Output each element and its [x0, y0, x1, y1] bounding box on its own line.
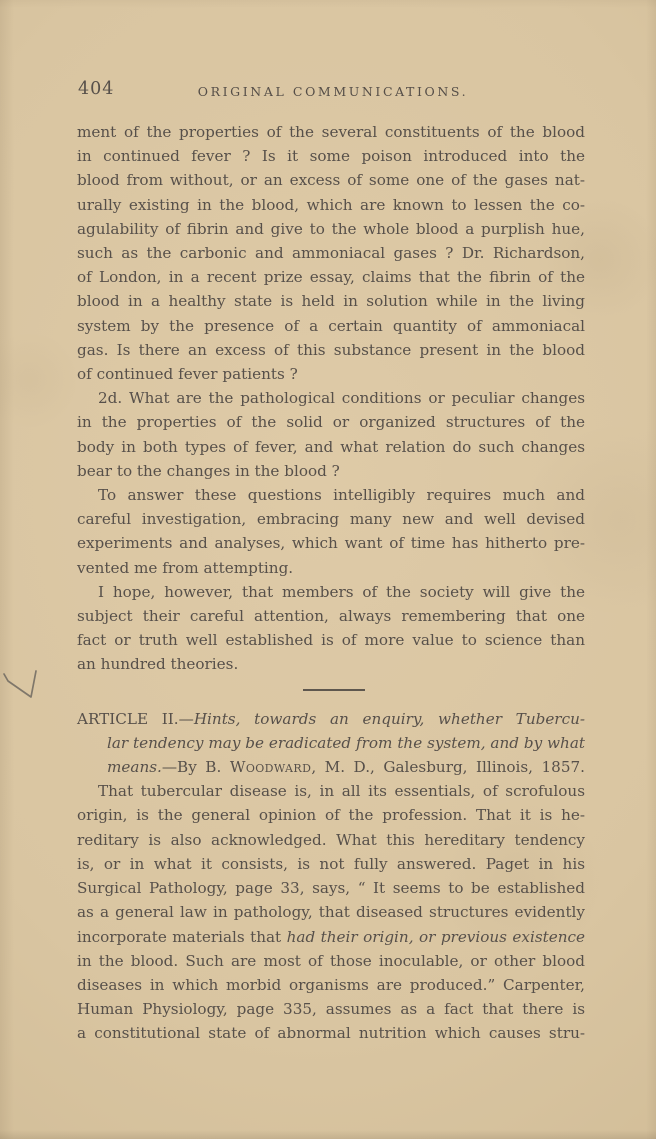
text-segment: a constitutional state of abnormal nutri…	[77, 1024, 585, 1042]
text-line: incorporate materials that had their ori…	[77, 925, 585, 949]
book-page: 404 ORIGINAL COMMUNICATIONS. ment of the…	[0, 0, 656, 1139]
text-line: agulability of fibrin and give to the wh…	[77, 217, 585, 241]
text-line: To answer these questions intelligibly r…	[77, 483, 585, 507]
text-line: ment of the properties of the several co…	[77, 120, 585, 144]
text-line: vented me from attempting.	[77, 556, 585, 580]
text-line: system by the presence of a certain quan…	[77, 314, 585, 338]
text-segment: blood in a healthy state is held in solu…	[77, 292, 585, 310]
text-segment: To answer these questions intelligibly r…	[98, 486, 585, 504]
text-line: is, or in what it consists, is not fully…	[77, 852, 585, 876]
text-line: a constitutional state of abnormal nutri…	[77, 1021, 585, 1045]
text-segment: agulability of fibrin and give to the wh…	[77, 220, 585, 238]
text-line: urally existing in the blood, which are …	[77, 193, 585, 217]
text-segment: an hundred theories.	[77, 655, 238, 673]
text-segment: of continued fever patients ?	[77, 365, 298, 383]
text-line: of continued fever patients ?	[77, 362, 585, 386]
text-line: subject their careful attention, always …	[77, 604, 585, 628]
italic-text: lar tendency may be eradicated from the …	[107, 734, 585, 752]
text-segment: origin, is the general opinion of the pr…	[77, 806, 585, 824]
paragraph: ment of the properties of the several co…	[77, 120, 585, 386]
text-line: body in both types of fever, and what re…	[77, 435, 585, 459]
text-line: experiments and analyses, which want of …	[77, 531, 585, 555]
text-segment: vented me from attempting.	[77, 559, 293, 577]
text-line: blood in a healthy state is held in solu…	[77, 289, 585, 313]
paragraph: That tubercular disease is, in all its e…	[77, 779, 585, 1045]
text-line: as a general law in pathology, that dise…	[77, 900, 585, 924]
text-segment: such as the carbonic and ammoniacal gase…	[77, 244, 585, 262]
text-segment: in continued fever ? Is it some poison i…	[77, 147, 585, 165]
paragraph: 2d. What are the pathological conditions…	[77, 386, 585, 483]
text-segment: 2d. What are the pathological conditions…	[98, 389, 585, 407]
text-segment: in the properties of the solid or organi…	[77, 413, 585, 431]
text-line: of London, in a recent prize essay, clai…	[77, 265, 585, 289]
text-line: in the blood. Such are most of those ino…	[77, 949, 585, 973]
text-segment: Surgical Pathology, page 33, says, “ It …	[77, 879, 585, 897]
divider-line	[303, 689, 365, 691]
text-segment: bear to the changes in the blood ?	[77, 462, 340, 480]
text-line: an hundred theories.	[77, 652, 585, 676]
text-segment: ment of the properties of the several co…	[77, 123, 585, 141]
section-divider	[77, 677, 585, 707]
smallcaps-author-name: Woodward	[230, 758, 311, 776]
text-line: I hope, however, that members of the soc…	[77, 580, 585, 604]
text-line: Human Physiology, page 335, assumes as a…	[77, 997, 585, 1021]
text-line: in the properties of the solid or organi…	[77, 410, 585, 434]
paragraph: I hope, however, that members of the soc…	[77, 580, 585, 677]
text-segment: diseases in which morbid organisms are p…	[77, 976, 585, 994]
margin-pencil-checkmark-icon	[0, 660, 48, 708]
text-line: gas. Is there an excess of this substanc…	[77, 338, 585, 362]
italic-text: means.	[107, 758, 162, 776]
text-segment: —By B.	[162, 758, 230, 776]
article-body: ment of the properties of the several co…	[77, 120, 585, 1046]
italic-text: had their origin, or previous existence	[287, 928, 585, 946]
text-line: careful investigation, embracing many ne…	[77, 507, 585, 531]
text-line: such as the carbonic and ammoniacal gase…	[77, 241, 585, 265]
text-line: fact or truth well established is of mor…	[77, 628, 585, 652]
text-line: diseases in which morbid organisms are p…	[77, 973, 585, 997]
text-line: means.—By B. Woodward, M. D., Galesburg,…	[77, 755, 585, 779]
text-segment: experiments and analyses, which want of …	[77, 534, 585, 552]
text-segment: incorporate materials that	[77, 928, 287, 946]
article-heading: ARTICLE II.—Hints, towards an enquiry, w…	[77, 707, 585, 780]
text-line: ARTICLE II.—Hints, towards an enquiry, w…	[77, 707, 585, 731]
text-line: reditary is also acknowledged. What this…	[77, 828, 585, 852]
text-segment: gas. Is there an excess of this substanc…	[77, 341, 585, 359]
paragraph: To answer these questions intelligibly r…	[77, 483, 585, 580]
text-segment: body in both types of fever, and what re…	[77, 438, 585, 456]
text-segment: Human Physiology, page 335, assumes as a…	[77, 1000, 585, 1018]
text-line: blood from without, or an excess of some…	[77, 168, 585, 192]
text-line: Surgical Pathology, page 33, says, “ It …	[77, 876, 585, 900]
text-segment: I hope, however, that members of the soc…	[98, 583, 585, 601]
text-segment: reditary is also acknowledged. What this…	[77, 831, 585, 849]
text-segment: as a general law in pathology, that dise…	[77, 903, 585, 921]
text-segment: careful investigation, embracing many ne…	[77, 510, 585, 528]
text-segment: blood from without, or an excess of some…	[77, 171, 585, 189]
text-line: in continued fever ? Is it some poison i…	[77, 144, 585, 168]
text-segment: system by the presence of a certain quan…	[77, 317, 585, 335]
text-segment: ARTICLE II.—	[77, 710, 194, 728]
text-segment: subject their careful attention, always …	[77, 607, 585, 625]
text-line: 2d. What are the pathological conditions…	[77, 386, 585, 410]
text-line: bear to the changes in the blood ?	[77, 459, 585, 483]
text-segment: That tubercular disease is, in all its e…	[98, 782, 585, 800]
text-line: lar tendency may be eradicated from the …	[77, 731, 585, 755]
running-header: ORIGINAL COMMUNICATIONS.	[77, 84, 589, 99]
text-line: That tubercular disease is, in all its e…	[77, 779, 585, 803]
text-segment: in the blood. Such are most of those ino…	[77, 952, 585, 970]
text-line: origin, is the general opinion of the pr…	[77, 803, 585, 827]
text-segment: , M. D., Galesburg, Illinois, 1857.	[311, 758, 585, 776]
text-segment: urally existing in the blood, which are …	[77, 196, 585, 214]
italic-text: Hints, towards an enquiry, whether Tuber…	[194, 710, 585, 728]
text-segment: fact or truth well established is of mor…	[77, 631, 585, 649]
text-segment: of London, in a recent prize essay, clai…	[77, 268, 585, 286]
text-segment: is, or in what it consists, is not fully…	[77, 855, 585, 873]
